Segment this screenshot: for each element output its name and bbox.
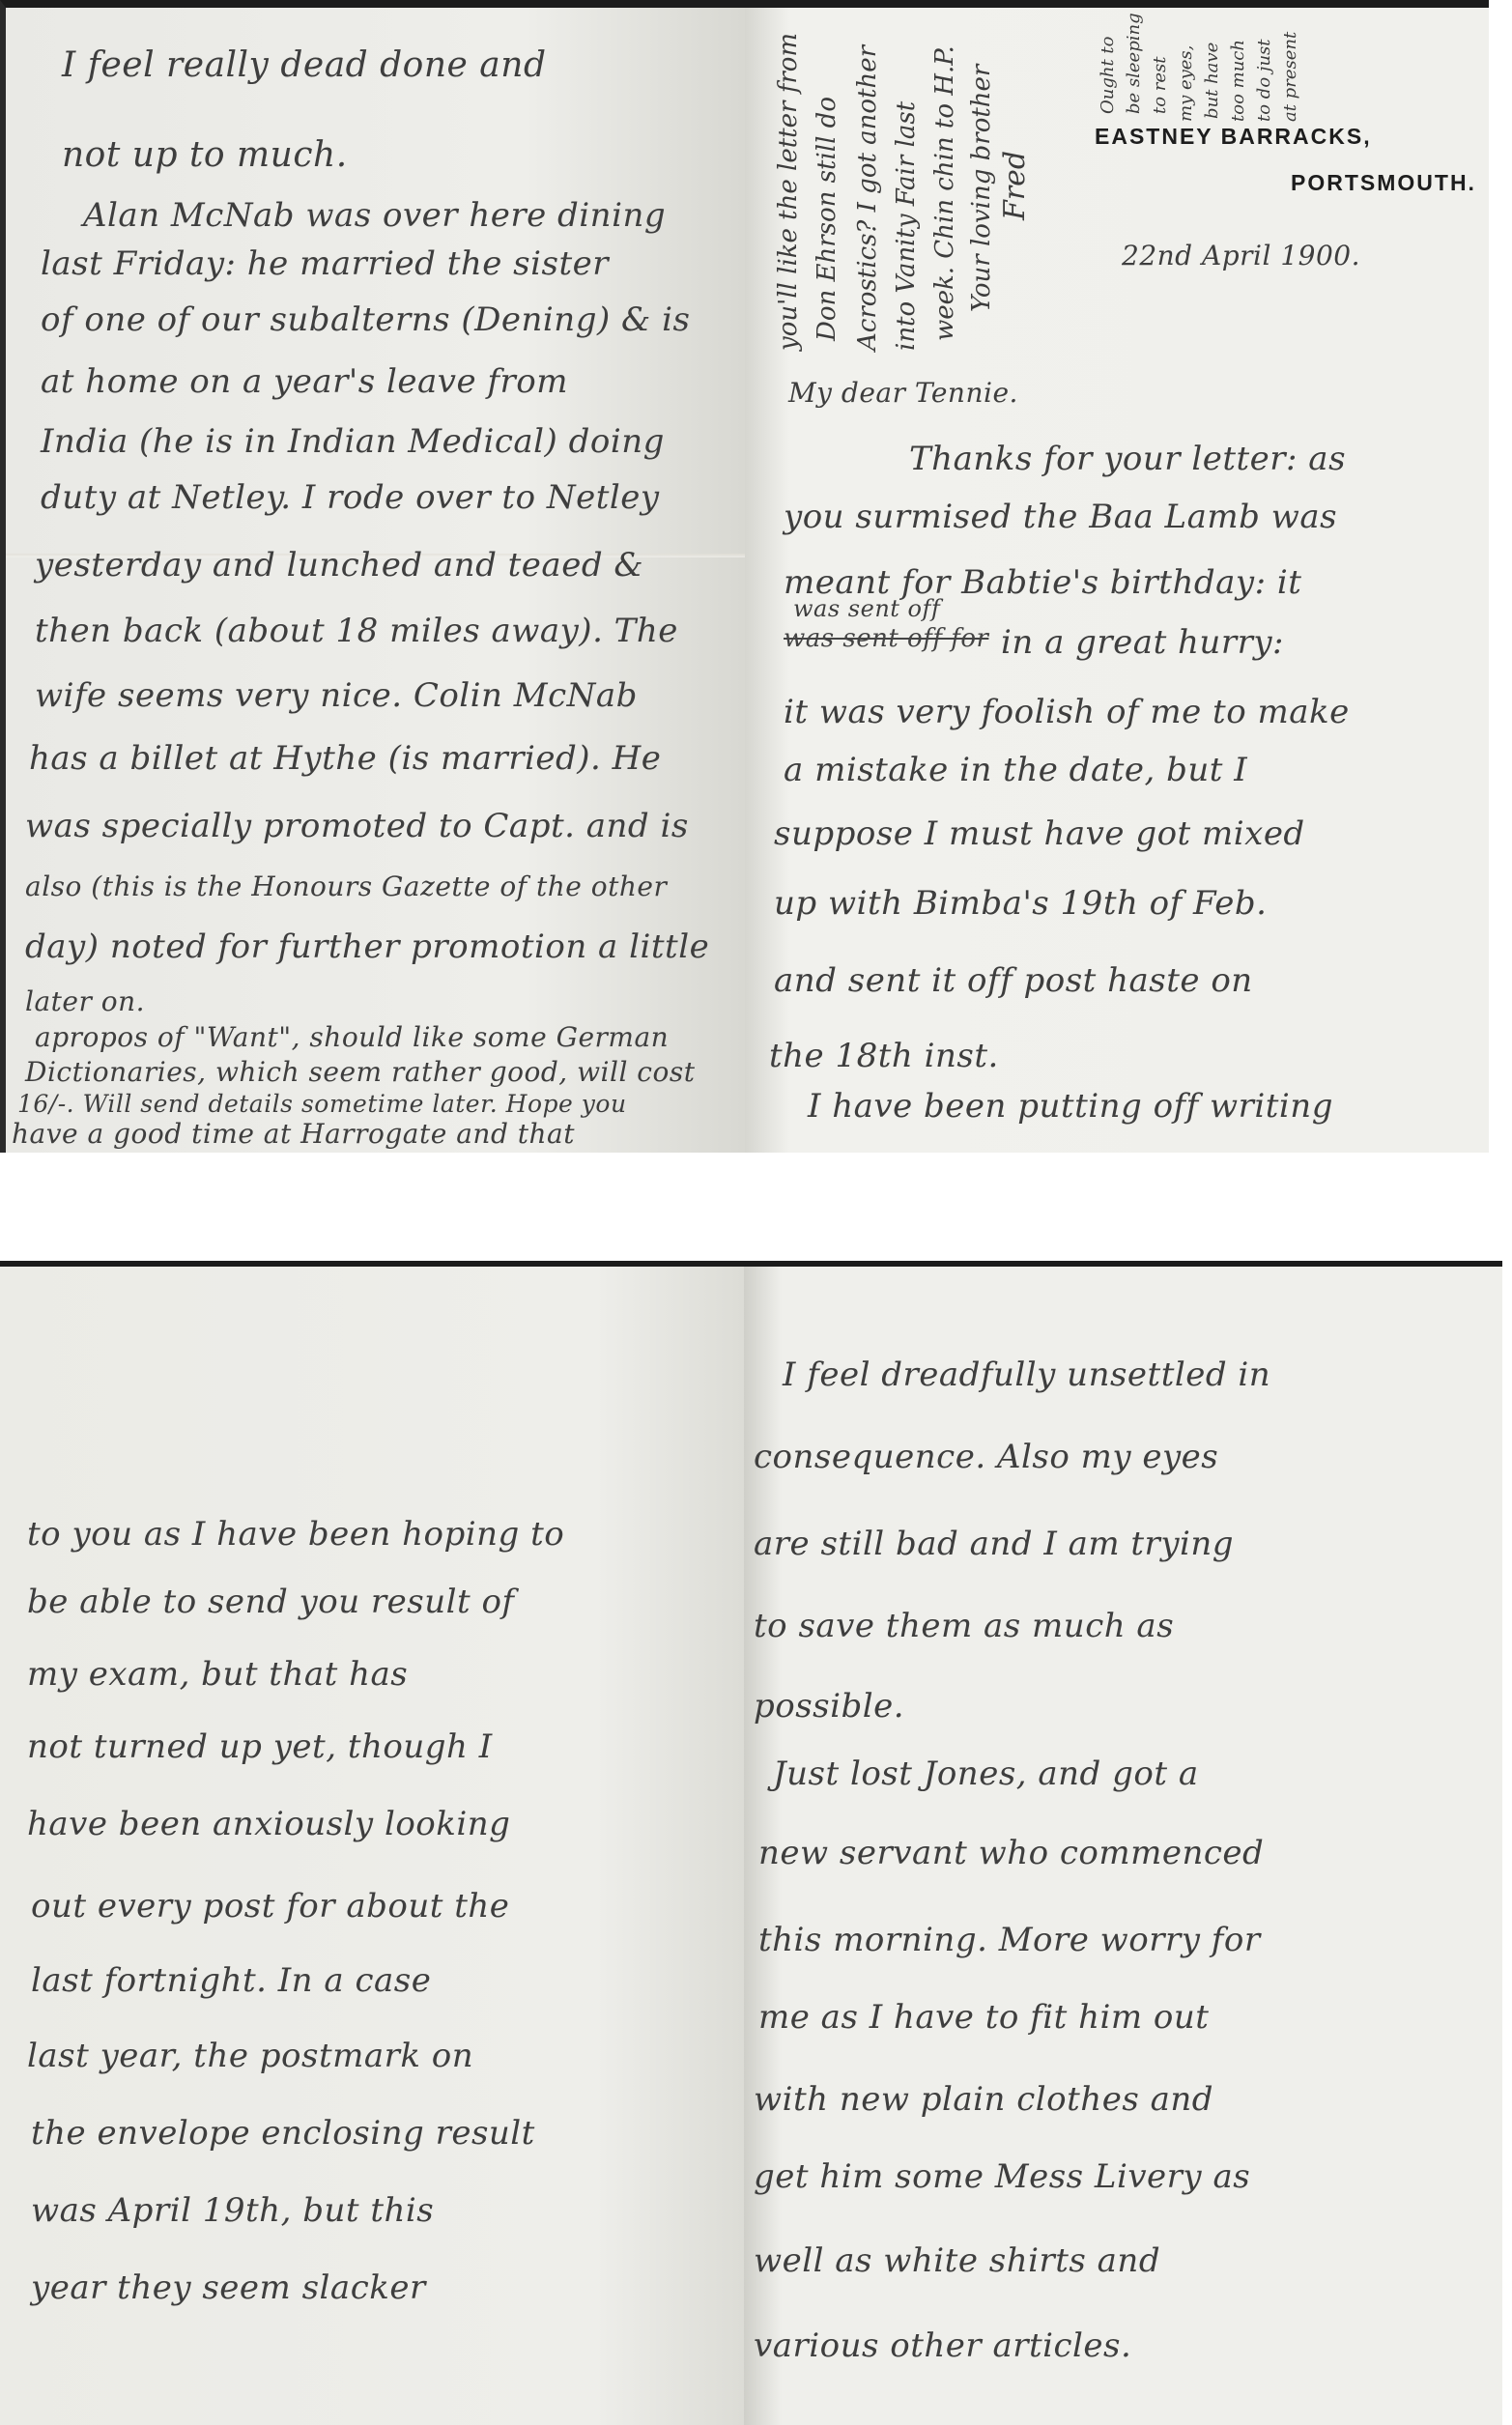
margin-note-line: but have xyxy=(1202,43,1222,119)
text-line: have been anxiously looking xyxy=(27,1808,510,1840)
text-line: the 18th inst. xyxy=(769,1040,999,1072)
letterhead-line-2: PORTSMOUTH. xyxy=(1291,170,1476,196)
text-line: I feel really dead done and xyxy=(62,48,547,83)
text-line: was April 19th, but this xyxy=(31,2194,434,2227)
text-line: Alan McNab was over here dining xyxy=(83,199,666,232)
text-line: suppose I must have got mixed xyxy=(774,817,1305,850)
text-line: you surmised the Baa Lamb was xyxy=(784,500,1337,533)
text-line: last Friday: he married the sister xyxy=(41,247,609,280)
text-line: last fortnight. In a case xyxy=(31,1964,431,1997)
letterhead-line-1: EASTNEY BARRACKS, xyxy=(1095,124,1372,150)
text-line: not up to much. xyxy=(62,138,348,173)
text-line: I feel dreadfully unsettled in xyxy=(783,1358,1270,1391)
margin-note-line: my eyes, xyxy=(1176,45,1196,122)
inserted-correction: was sent off xyxy=(793,597,940,620)
text-line: later on. xyxy=(25,988,145,1015)
signature: Fred xyxy=(998,151,1032,220)
text-line: are still bad and I am trying xyxy=(754,1527,1234,1560)
text-line: Thanks for your letter: as xyxy=(909,442,1346,475)
text-line: year they seem slacker xyxy=(31,2271,426,2304)
text-line: to you as I have been hoping to xyxy=(27,1518,564,1551)
text-line: has a billet at Hythe (is married). He xyxy=(29,742,661,775)
margin-note-line: to do just xyxy=(1254,39,1274,122)
text-line: meant for Babtie's birthday: it xyxy=(784,566,1301,599)
margin-note-line: week. Chin chin to H.P. xyxy=(930,45,959,341)
text-line: Just lost Jones, and got a xyxy=(773,1757,1199,1790)
text-line: get him some Mess Livery as xyxy=(754,2160,1250,2193)
text-line: up with Bimba's 19th of Feb. xyxy=(774,887,1267,920)
margin-note-line: too much xyxy=(1228,40,1248,122)
text-line: 16/-. Will send details sometime later. … xyxy=(17,1092,627,1116)
text-line: this morning. More worry for xyxy=(758,1924,1261,1956)
margin-note-line: into Vanity Fair last xyxy=(892,101,921,351)
text-line: the envelope enclosing result xyxy=(31,2117,535,2150)
margin-note-line: to rest xyxy=(1150,56,1170,114)
letter-spread-1: I feel really dead done and not up to mu… xyxy=(0,0,1489,1153)
text-line: day) noted for further promotion a littl… xyxy=(25,930,709,963)
text-line: a mistake in the date, but I xyxy=(784,754,1247,786)
salutation: My dear Tennie. xyxy=(788,380,1018,407)
text-line: not turned up yet, though I xyxy=(27,1730,493,1763)
text-line: in a great hurry: xyxy=(1001,626,1284,659)
text-line: apropos of "Want", should like some Germ… xyxy=(35,1024,669,1051)
page-left-2: to you as I have been hoping to be able … xyxy=(0,1267,744,2425)
text-line: wife seems very nice. Colin McNab xyxy=(35,679,638,712)
text-line: out every post for about the xyxy=(31,1890,509,1923)
margin-note-line: Ought to xyxy=(1098,37,1118,115)
text-line: of one of our subalterns (Dening) & is xyxy=(41,303,690,336)
text-line: I have been putting off writing xyxy=(808,1090,1333,1123)
text-line: then back (about 18 miles away). The xyxy=(35,614,678,647)
text-line: Dictionaries, which seem rather good, wi… xyxy=(25,1059,695,1086)
margin-note-line: be sleeping xyxy=(1124,13,1144,114)
text-line: at home on a year's leave from xyxy=(41,365,568,398)
text-line: me as I have to fit him out xyxy=(758,2001,1209,2034)
text-line: have a good time at Harrogate and that xyxy=(12,1121,575,1148)
text-line: new servant who commenced xyxy=(758,1837,1264,1869)
text-line: India (he is in Indian Medical) doing xyxy=(41,425,665,458)
margin-note-line: at present xyxy=(1280,32,1300,122)
margin-note-line: you'll like the letter from xyxy=(774,33,803,351)
text-line: possible. xyxy=(754,1690,904,1723)
text-line: well as white shirts and xyxy=(754,2244,1160,2277)
text-line: to save them as much as xyxy=(754,1610,1174,1642)
page-left-1: I feel really dead done and not up to mu… xyxy=(6,8,745,1153)
letter-date: 22nd April 1900. xyxy=(1122,242,1360,270)
text-line: it was very foolish of me to make xyxy=(784,696,1350,728)
margin-note-line: Your loving brother xyxy=(967,65,996,312)
page-right-2: I feel dreadfully unsettled in consequen… xyxy=(744,1267,1502,2425)
text-line: various other articles. xyxy=(754,2329,1131,2362)
text-line: and sent it off post haste on xyxy=(774,964,1253,997)
text-line: consequence. Also my eyes xyxy=(754,1441,1218,1473)
letter-spread-2: to you as I have been hoping to be able … xyxy=(0,1261,1502,2425)
text-line: also (this is the Honours Gazette of the… xyxy=(25,873,667,900)
text-line: yesterday and lunched and teaed & xyxy=(35,549,643,582)
text-line: be able to send you result of xyxy=(27,1585,515,1618)
margin-note-line: Acrostics? I got another xyxy=(853,45,882,351)
margin-note-line: Don Ehrson still do xyxy=(813,97,842,341)
text-line: my exam, but that has xyxy=(27,1658,408,1691)
text-line: last year, the postmark on xyxy=(27,2040,473,2072)
page-right-1: you'll like the letter from Don Ehrson s… xyxy=(745,8,1489,1153)
text-line: was specially promoted to Capt. and is xyxy=(25,810,689,842)
text-line: duty at Netley. I rode over to Netley xyxy=(41,481,660,514)
text-line: with new plain clothes and xyxy=(754,2083,1213,2116)
struck-out-text: was sent off for xyxy=(784,626,988,651)
